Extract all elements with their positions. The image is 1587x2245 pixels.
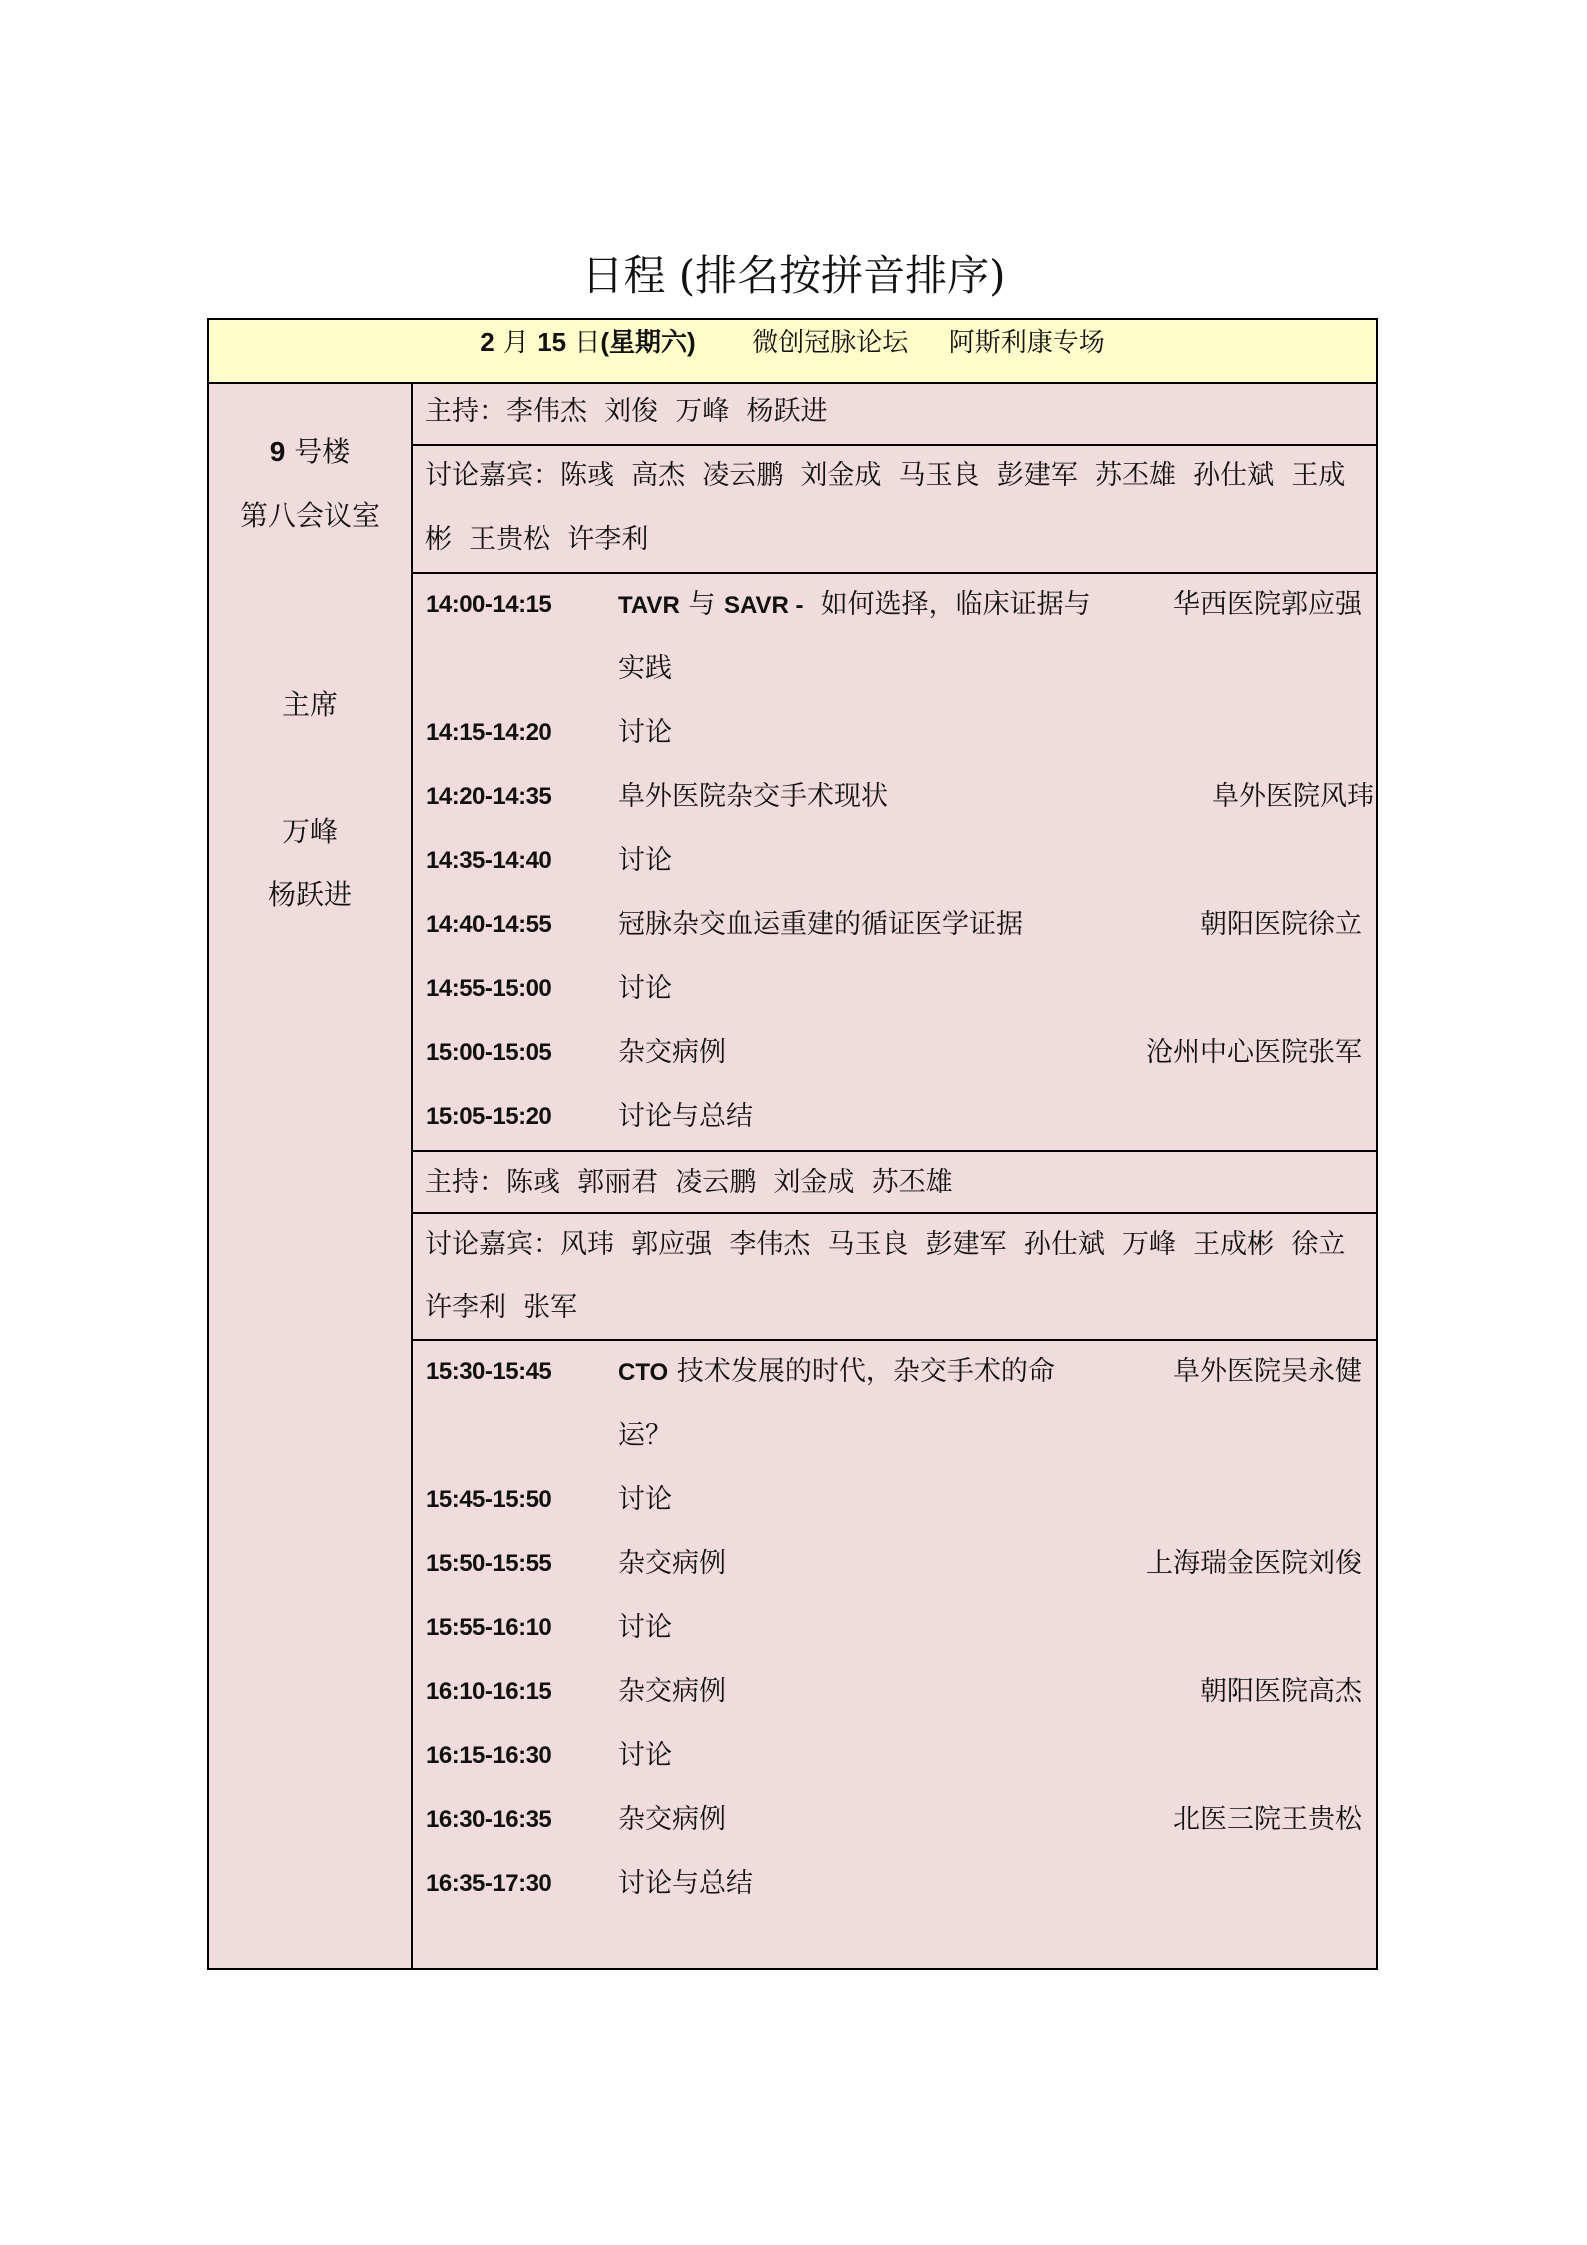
talk-row: 14:00-14:15 TAVR 与 SAVR - 如何选择，临床证据与 华西医… bbox=[413, 573, 1376, 637]
session-guests: 讨论嘉宾：陈彧 高杰 凌云鹏 刘金成 马玉良 彭建军 苏丕雄 孙仕斌 王成 彬 … bbox=[413, 445, 1376, 574]
talk-row: 15:30-15:45 CTO 技术发展的时代，杂交手术的命 阜外医院吴永健 bbox=[413, 1340, 1376, 1404]
guests-label: 讨论嘉宾： bbox=[425, 460, 560, 491]
talk-speaker: 阜外医院风玮 bbox=[1212, 765, 1374, 829]
talk-time: 16:15-16:30 bbox=[426, 1724, 551, 1788]
talk-topic: 杂交病例 bbox=[618, 1532, 726, 1596]
talk-time: 16:30-16:35 bbox=[426, 1788, 551, 1852]
talk-row: 16:35-17:30 讨论与总结 bbox=[413, 1852, 1376, 1916]
talk-time: 14:40-14:55 bbox=[426, 893, 551, 957]
talk-time: 14:00-14:15 bbox=[426, 573, 551, 637]
talk-row: 16:30-16:35 杂交病例 北医三院王贵松 bbox=[413, 1788, 1376, 1852]
talk-row: 14:15-14:20 讨论 bbox=[413, 701, 1376, 765]
date-month-number: 2 bbox=[480, 327, 494, 357]
venue-column: 9 号楼 第八会议室 主席 万峰 杨跃进 bbox=[209, 382, 413, 1968]
host-label: 主持： bbox=[425, 396, 506, 427]
date-day-number: 15 bbox=[537, 327, 566, 357]
talk-topic: 讨论 bbox=[618, 957, 672, 1021]
building: 9 号楼 bbox=[209, 432, 411, 472]
talk-row: 14:40-14:55 冠脉杂交血运重建的循证医学证据 朝阳医院徐立 bbox=[413, 893, 1376, 957]
talk-topic: 讨论 bbox=[618, 1724, 672, 1788]
chair-name: 杨跃进 bbox=[209, 875, 411, 915]
page-title: 日程 (排名按拼音排序) bbox=[0, 248, 1587, 304]
building-number: 9 bbox=[270, 436, 286, 467]
sessions-column: 主持：李伟杰 刘俊 万峰 杨跃进 讨论嘉宾：陈彧 高杰 凌云鹏 刘金成 马玉良 … bbox=[413, 382, 1376, 1968]
talk-speaker: 朝阳医院徐立 bbox=[1200, 893, 1362, 957]
talk-topic: CTO 技术发展的时代，杂交手术的命 bbox=[618, 1340, 1055, 1405]
room-name: 第八会议室 bbox=[209, 496, 411, 536]
chair-name: 万峰 bbox=[209, 812, 411, 852]
topic-text: 技术发展的时代，杂交手术的命 bbox=[668, 1356, 1055, 1387]
talk-time: 15:45-15:50 bbox=[426, 1468, 551, 1532]
talk-topic: 讨论 bbox=[618, 701, 672, 765]
talk-speaker: 北医三院王贵松 bbox=[1173, 1788, 1362, 1852]
guest-names: 风玮 郭应强 李伟杰 马玉良 彭建军 孙仕斌 万峰 王成彬 徐立 bbox=[560, 1229, 1345, 1260]
host-label: 主持： bbox=[425, 1167, 506, 1198]
talk-time: 15:50-15:55 bbox=[426, 1532, 551, 1596]
talk-time: 15:05-15:20 bbox=[426, 1085, 551, 1149]
topic-acronym: TAVR bbox=[618, 592, 680, 619]
talk-topic: 讨论与总结 bbox=[618, 1852, 753, 1916]
guest-names-cont: 许李利 张军 bbox=[425, 1292, 577, 1323]
table-header: 2 月 15 日(星期六) 微创冠脉论坛 阿斯利康专场 bbox=[209, 320, 1376, 384]
talk-row-continued: 实践 bbox=[413, 637, 1376, 701]
topic-text: 与 bbox=[680, 589, 724, 620]
talk-speaker: 上海瑞金医院刘俊 bbox=[1146, 1532, 1362, 1596]
schedule-table: 2 月 15 日(星期六) 微创冠脉论坛 阿斯利康专场 9 号楼 第八会议室 主… bbox=[207, 318, 1378, 1970]
talk-topic: 杂交病例 bbox=[618, 1021, 726, 1085]
talk-topic: 讨论 bbox=[618, 829, 672, 893]
talk-time: 14:15-14:20 bbox=[426, 701, 551, 765]
talk-row: 14:20-14:35 阜外医院杂交手术现状 阜外医院风玮 bbox=[413, 765, 1376, 829]
topic-text: 如何选择，临床证据与 bbox=[804, 589, 1091, 620]
talk-topic: 冠脉杂交血运重建的循证医学证据 bbox=[618, 893, 1023, 957]
talk-row: 15:00-15:05 杂交病例 沧州中心医院张军 bbox=[413, 1021, 1376, 1085]
talk-row: 15:05-15:20 讨论与总结 bbox=[413, 1085, 1376, 1149]
talk-topic: 讨论与总结 bbox=[618, 1085, 753, 1149]
sponsor-name: 阿斯利康专场 bbox=[949, 328, 1105, 358]
talk-row: 15:55-16:10 讨论 bbox=[413, 1596, 1376, 1660]
talk-row: 16:15-16:30 讨论 bbox=[413, 1724, 1376, 1788]
talk-row: 14:35-14:40 讨论 bbox=[413, 829, 1376, 893]
session-hosts: 主持：李伟杰 刘俊 万峰 杨跃进 bbox=[413, 382, 1376, 446]
forum-name: 微创冠脉论坛 bbox=[752, 328, 908, 358]
guests-label: 讨论嘉宾： bbox=[425, 1229, 560, 1260]
talk-row: 15:50-15:55 杂交病例 上海瑞金医院刘俊 bbox=[413, 1532, 1376, 1596]
host-names: 李伟杰 刘俊 万峰 杨跃进 bbox=[506, 396, 828, 427]
talk-row-continued: 运？ bbox=[413, 1404, 1376, 1468]
talk-topic-cont: 实践 bbox=[618, 637, 672, 701]
talk-time: 15:00-15:05 bbox=[426, 1021, 551, 1085]
talk-speaker: 阜外医院吴永健 bbox=[1173, 1340, 1362, 1404]
talk-row: 16:10-16:15 杂交病例 朝阳医院高杰 bbox=[413, 1660, 1376, 1724]
talk-row: 14:55-15:00 讨论 bbox=[413, 957, 1376, 1021]
date-weekday: (星期六) bbox=[600, 327, 695, 357]
talk-topic: 讨论 bbox=[618, 1468, 672, 1532]
talk-time: 16:35-17:30 bbox=[426, 1852, 551, 1916]
talk-time: 14:20-14:35 bbox=[426, 765, 551, 829]
date-month-label: 月 bbox=[495, 328, 538, 358]
talk-speaker: 华西医院郭应强 bbox=[1173, 573, 1362, 637]
talk-topic-cont: 运？ bbox=[618, 1404, 672, 1468]
talk-speaker: 沧州中心医院张军 bbox=[1146, 1021, 1362, 1085]
talk-row: 15:45-15:50 讨论 bbox=[413, 1468, 1376, 1532]
talk-time: 16:10-16:15 bbox=[426, 1660, 551, 1724]
date-day-label: 日 bbox=[566, 328, 600, 358]
building-label: 号楼 bbox=[285, 435, 350, 468]
talk-speaker: 朝阳医院高杰 bbox=[1200, 1660, 1362, 1724]
session-guests: 讨论嘉宾：风玮 郭应强 李伟杰 马玉良 彭建军 孙仕斌 万峰 王成彬 徐立 许李… bbox=[413, 1213, 1376, 1341]
chair-label: 主席 bbox=[209, 685, 411, 725]
talk-time: 14:35-14:40 bbox=[426, 829, 551, 893]
topic-acronym: CTO bbox=[618, 1359, 668, 1386]
talk-topic: 杂交病例 bbox=[618, 1788, 726, 1852]
session-hosts: 主持：陈彧 郭丽君 凌云鹏 刘金成 苏丕雄 bbox=[413, 1150, 1376, 1214]
guest-names: 陈彧 高杰 凌云鹏 刘金成 马玉良 彭建军 苏丕雄 孙仕斌 王成 bbox=[560, 460, 1345, 491]
talk-topic: 杂交病例 bbox=[618, 1660, 726, 1724]
talk-topic: TAVR 与 SAVR - 如何选择，临床证据与 bbox=[618, 573, 1091, 638]
host-names: 陈彧 郭丽君 凌云鹏 刘金成 苏丕雄 bbox=[506, 1167, 953, 1198]
talk-time: 15:30-15:45 bbox=[426, 1340, 551, 1404]
topic-acronym: SAVR - bbox=[724, 592, 804, 619]
talk-topic: 讨论 bbox=[618, 1596, 672, 1660]
guest-names-cont: 彬 王贵松 许李利 bbox=[425, 524, 648, 555]
talk-time: 14:55-15:00 bbox=[426, 957, 551, 1021]
talk-topic: 阜外医院杂交手术现状 bbox=[618, 765, 888, 829]
talk-time: 15:55-16:10 bbox=[426, 1596, 551, 1660]
